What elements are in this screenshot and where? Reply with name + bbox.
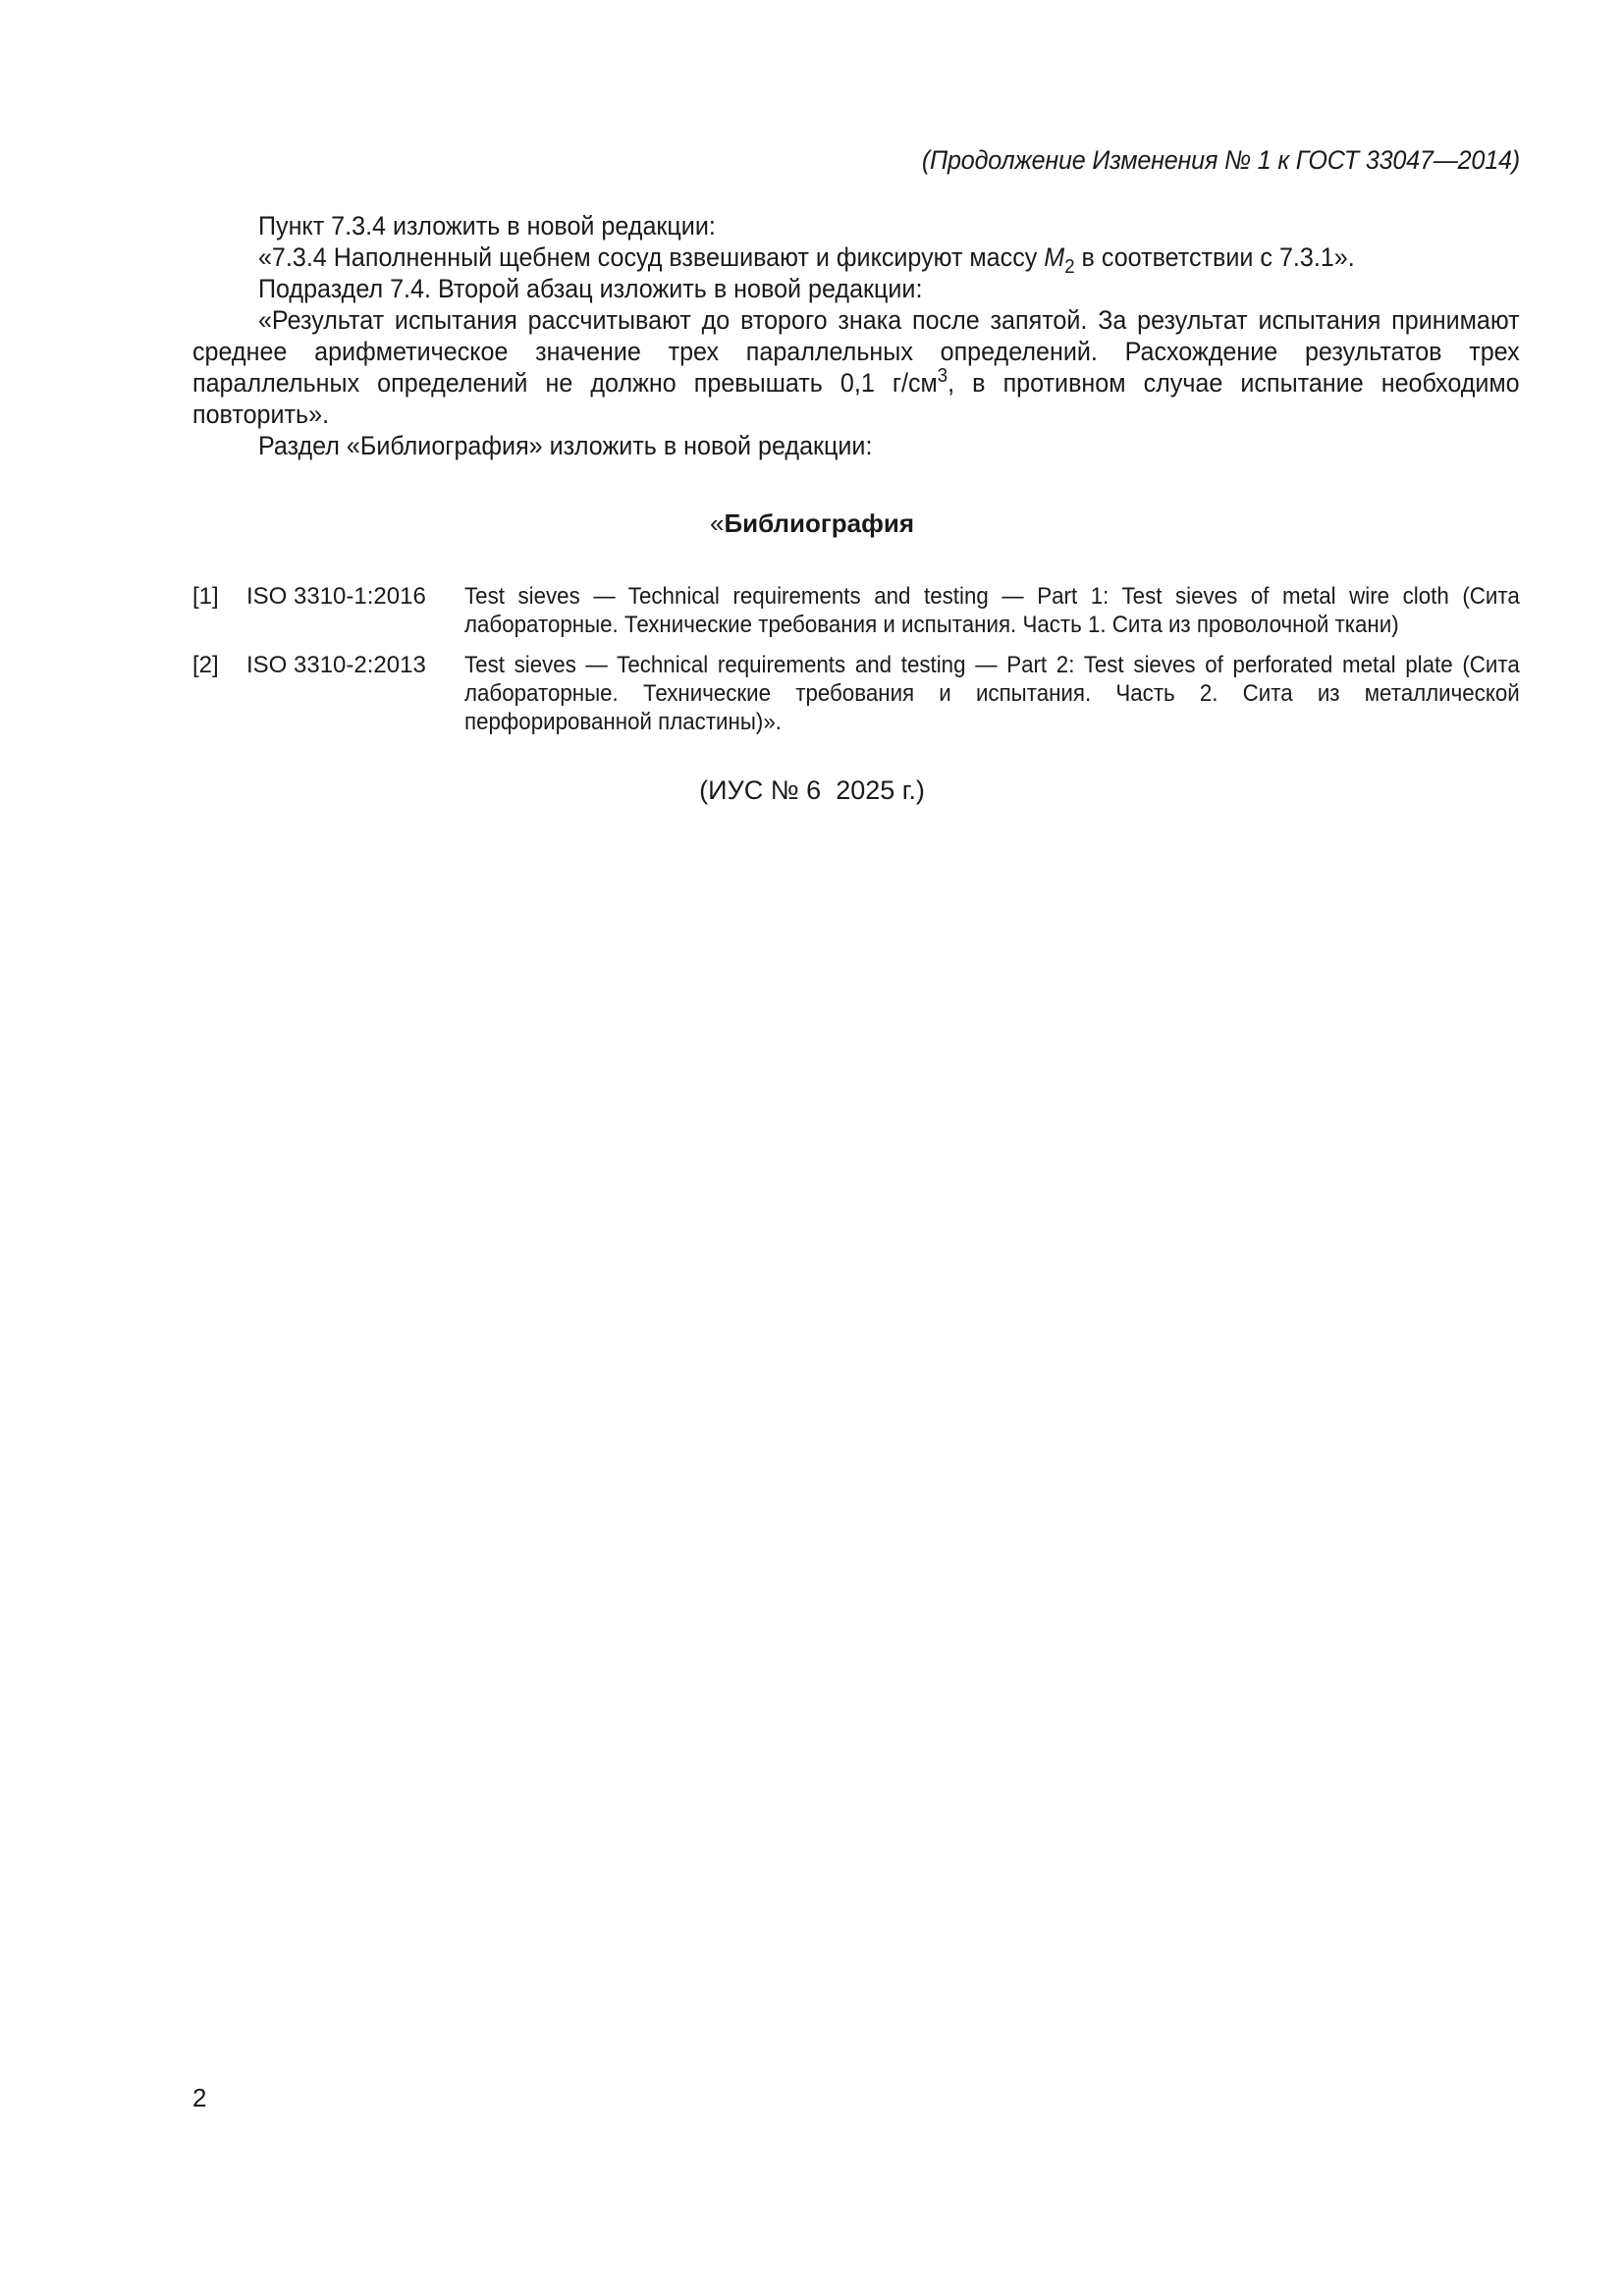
paragraph-bibliography-intro: Раздел «Библиография» изложить в новой р… [192,430,1520,461]
entry-number: [2] [192,651,246,736]
amendment-body: Пункт 7.3.4 изложить в новой редакции: «… [192,210,1520,461]
entry-standard-code: ISO 3310-1:2016 [246,582,464,639]
bibliography-title: «Библиография [0,508,1624,539]
entry-standard-code: ISO 3310-2:2013 [246,651,464,736]
paragraph-clause-7-3-4-intro: Пункт 7.3.4 изложить в новой редакции: [192,210,1520,241]
ius-reference: (ИУС № 6 2025 г.) [0,775,1624,806]
bibliography-list: [1] ISO 3310-1:2016 Test sieves — Techni… [192,582,1520,748]
entry-title: Test sieves — Technical requirements and… [464,651,1520,736]
paragraph-subsection-7-4-intro: Подраздел 7.4. Второй абзац изложить в н… [192,273,1520,304]
unit-superscript: 3 [938,365,947,387]
entry-number: [1] [192,582,246,639]
mass-variable: M [1044,242,1064,272]
paragraph-subsection-7-4-text: «Результат испытания рассчитывают до вто… [192,304,1520,430]
bibliography-entry: [1] ISO 3310-1:2016 Test sieves — Techni… [192,582,1520,639]
entry-title: Test sieves — Technical requirements and… [464,582,1520,639]
bibliography-entry: [2] ISO 3310-2:2013 Test sieves — Techni… [192,651,1520,736]
continuation-header: (Продолжение Изменения № 1 к ГОСТ 33047—… [922,145,1520,176]
paragraph-clause-7-3-4-text: «7.3.4 Наполненный щебнем сосуд взвешива… [192,241,1520,273]
page-number: 2 [192,2083,206,2113]
